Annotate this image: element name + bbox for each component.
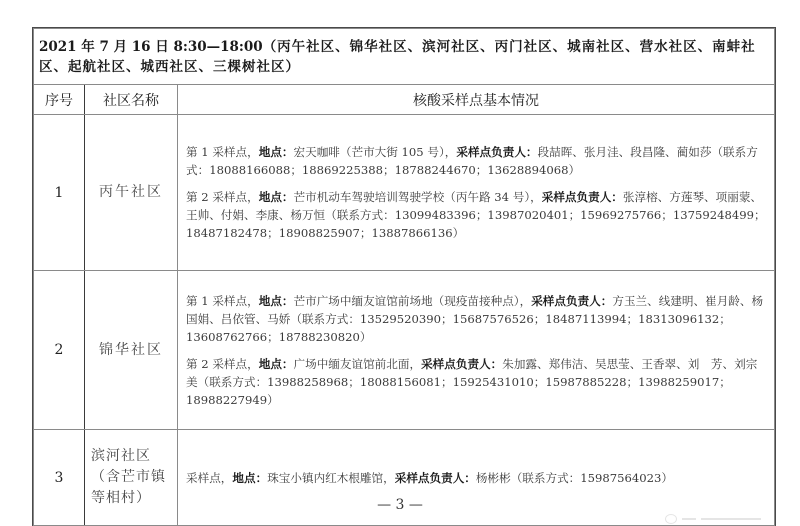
sampling-site: 第 1 采样点，地点：芒市广场中缅友谊馆前场地（现疫苗接种点），采样点负责人：方… [186,292,768,346]
person-in-charge-label: 采样点负责人： [456,145,537,159]
sampling-site: 采样点，地点：珠宝小镇内红木根雕馆，采样点负责人：杨彬彬（联系方式：159875… [186,469,768,487]
table-row: 2 锦华社区 第 1 采样点，地点：芒市广场中缅友谊馆前场地（现疫苗接种点），采… [34,271,775,430]
sampling-info: 第 1 采样点，地点：芒市广场中缅友谊馆前场地（现疫苗接种点），采样点负责人：方… [178,271,775,430]
sampling-info: 第 1 采样点，地点：宏天咖啡（芒市大街 105 号），采样点负责人：段喆晖、张… [178,115,775,271]
column-header-info: 核酸采样点基本情况 [178,85,775,115]
table-row: 1 丙午社区 第 1 采样点，地点：宏天咖啡（芒市大街 105 号），采样点负责… [34,115,775,271]
site-label: 第 1 采样点， [186,145,259,159]
sampling-sites-table: 2021 年 7 月 16 日 8:30—18:00（丙午社区、锦华社区、滨河社… [33,28,775,526]
location-label: 地点： [259,145,294,159]
schedule-table-container: 2021 年 7 月 16 日 8:30—18:00（丙午社区、锦华社区、滨河社… [32,27,776,526]
site-label: 第 2 采样点， [186,357,259,371]
sampling-site: 第 1 采样点，地点：宏天咖啡（芒市大街 105 号），采样点负责人：段喆晖、张… [186,143,768,179]
community-name: 锦华社区 [85,271,178,430]
person-in-charge-label: 采样点负责人： [542,190,623,204]
site-persons: 杨彬彬 [476,471,511,485]
column-header-community: 社区名称 [85,85,178,115]
person-in-charge-label: 采样点负责人： [421,357,502,371]
site-location: 芒市广场中缅友谊馆前场地（现疫苗接种点）， [294,294,532,308]
schedule-title: 2021 年 7 月 16 日 8:30—18:00（丙午社区、锦华社区、滨河社… [34,29,775,85]
watermark-icon [665,514,677,524]
column-header-row: 序号 社区名称 核酸采样点基本情况 [34,85,775,115]
location-label: 地点： [259,294,294,308]
row-number: 1 [34,115,85,271]
site-contact: （联系方式：13988258968；18088156081；1592543101… [186,375,731,407]
title-row: 2021 年 7 月 16 日 8:30—18:00（丙午社区、锦华社区、滨河社… [34,29,775,85]
watermark-mark [701,518,761,520]
column-header-no: 序号 [34,85,85,115]
site-label: 采样点， [186,471,232,485]
location-label: 地点： [259,357,294,371]
watermark-logo [665,508,775,522]
community-name: 丙午社区 [85,115,178,271]
site-label: 第 1 采样点， [186,294,259,308]
location-label: 地点： [232,471,267,485]
site-location: 芒市机动车驾驶培训驾驶学校（丙午路 34 号）， [294,190,542,204]
schedule-date-time: 2021 年 7 月 16 日 8:30—18:00 [39,39,263,55]
location-label: 地点： [259,190,294,204]
sampling-site: 第 2 采样点，地点：芒市机动车驾驶培训驾驶学校（丙午路 34 号），采样点负责… [186,188,768,242]
site-location: 宏天咖啡（芒市大街 105 号）， [294,145,457,159]
watermark-mark [682,518,696,520]
site-label: 第 2 采样点， [186,190,259,204]
person-in-charge-label: 采样点负责人： [395,471,476,485]
site-location: 广场中缅友谊馆前北面， [294,357,422,371]
site-persons: 段喆晖、张月洼、段昌隆、蔺如莎 [538,145,712,159]
row-number: 2 [34,271,85,430]
site-contact: （联系方式：15987564023） [511,471,673,485]
sampling-site: 第 2 采样点，地点：广场中缅友谊馆前北面，采样点负责人：朱加露、郑伟洁、吴思莹… [186,355,768,409]
site-location: 珠宝小镇内红木根雕馆， [267,471,395,485]
person-in-charge-label: 采样点负责人： [531,294,612,308]
